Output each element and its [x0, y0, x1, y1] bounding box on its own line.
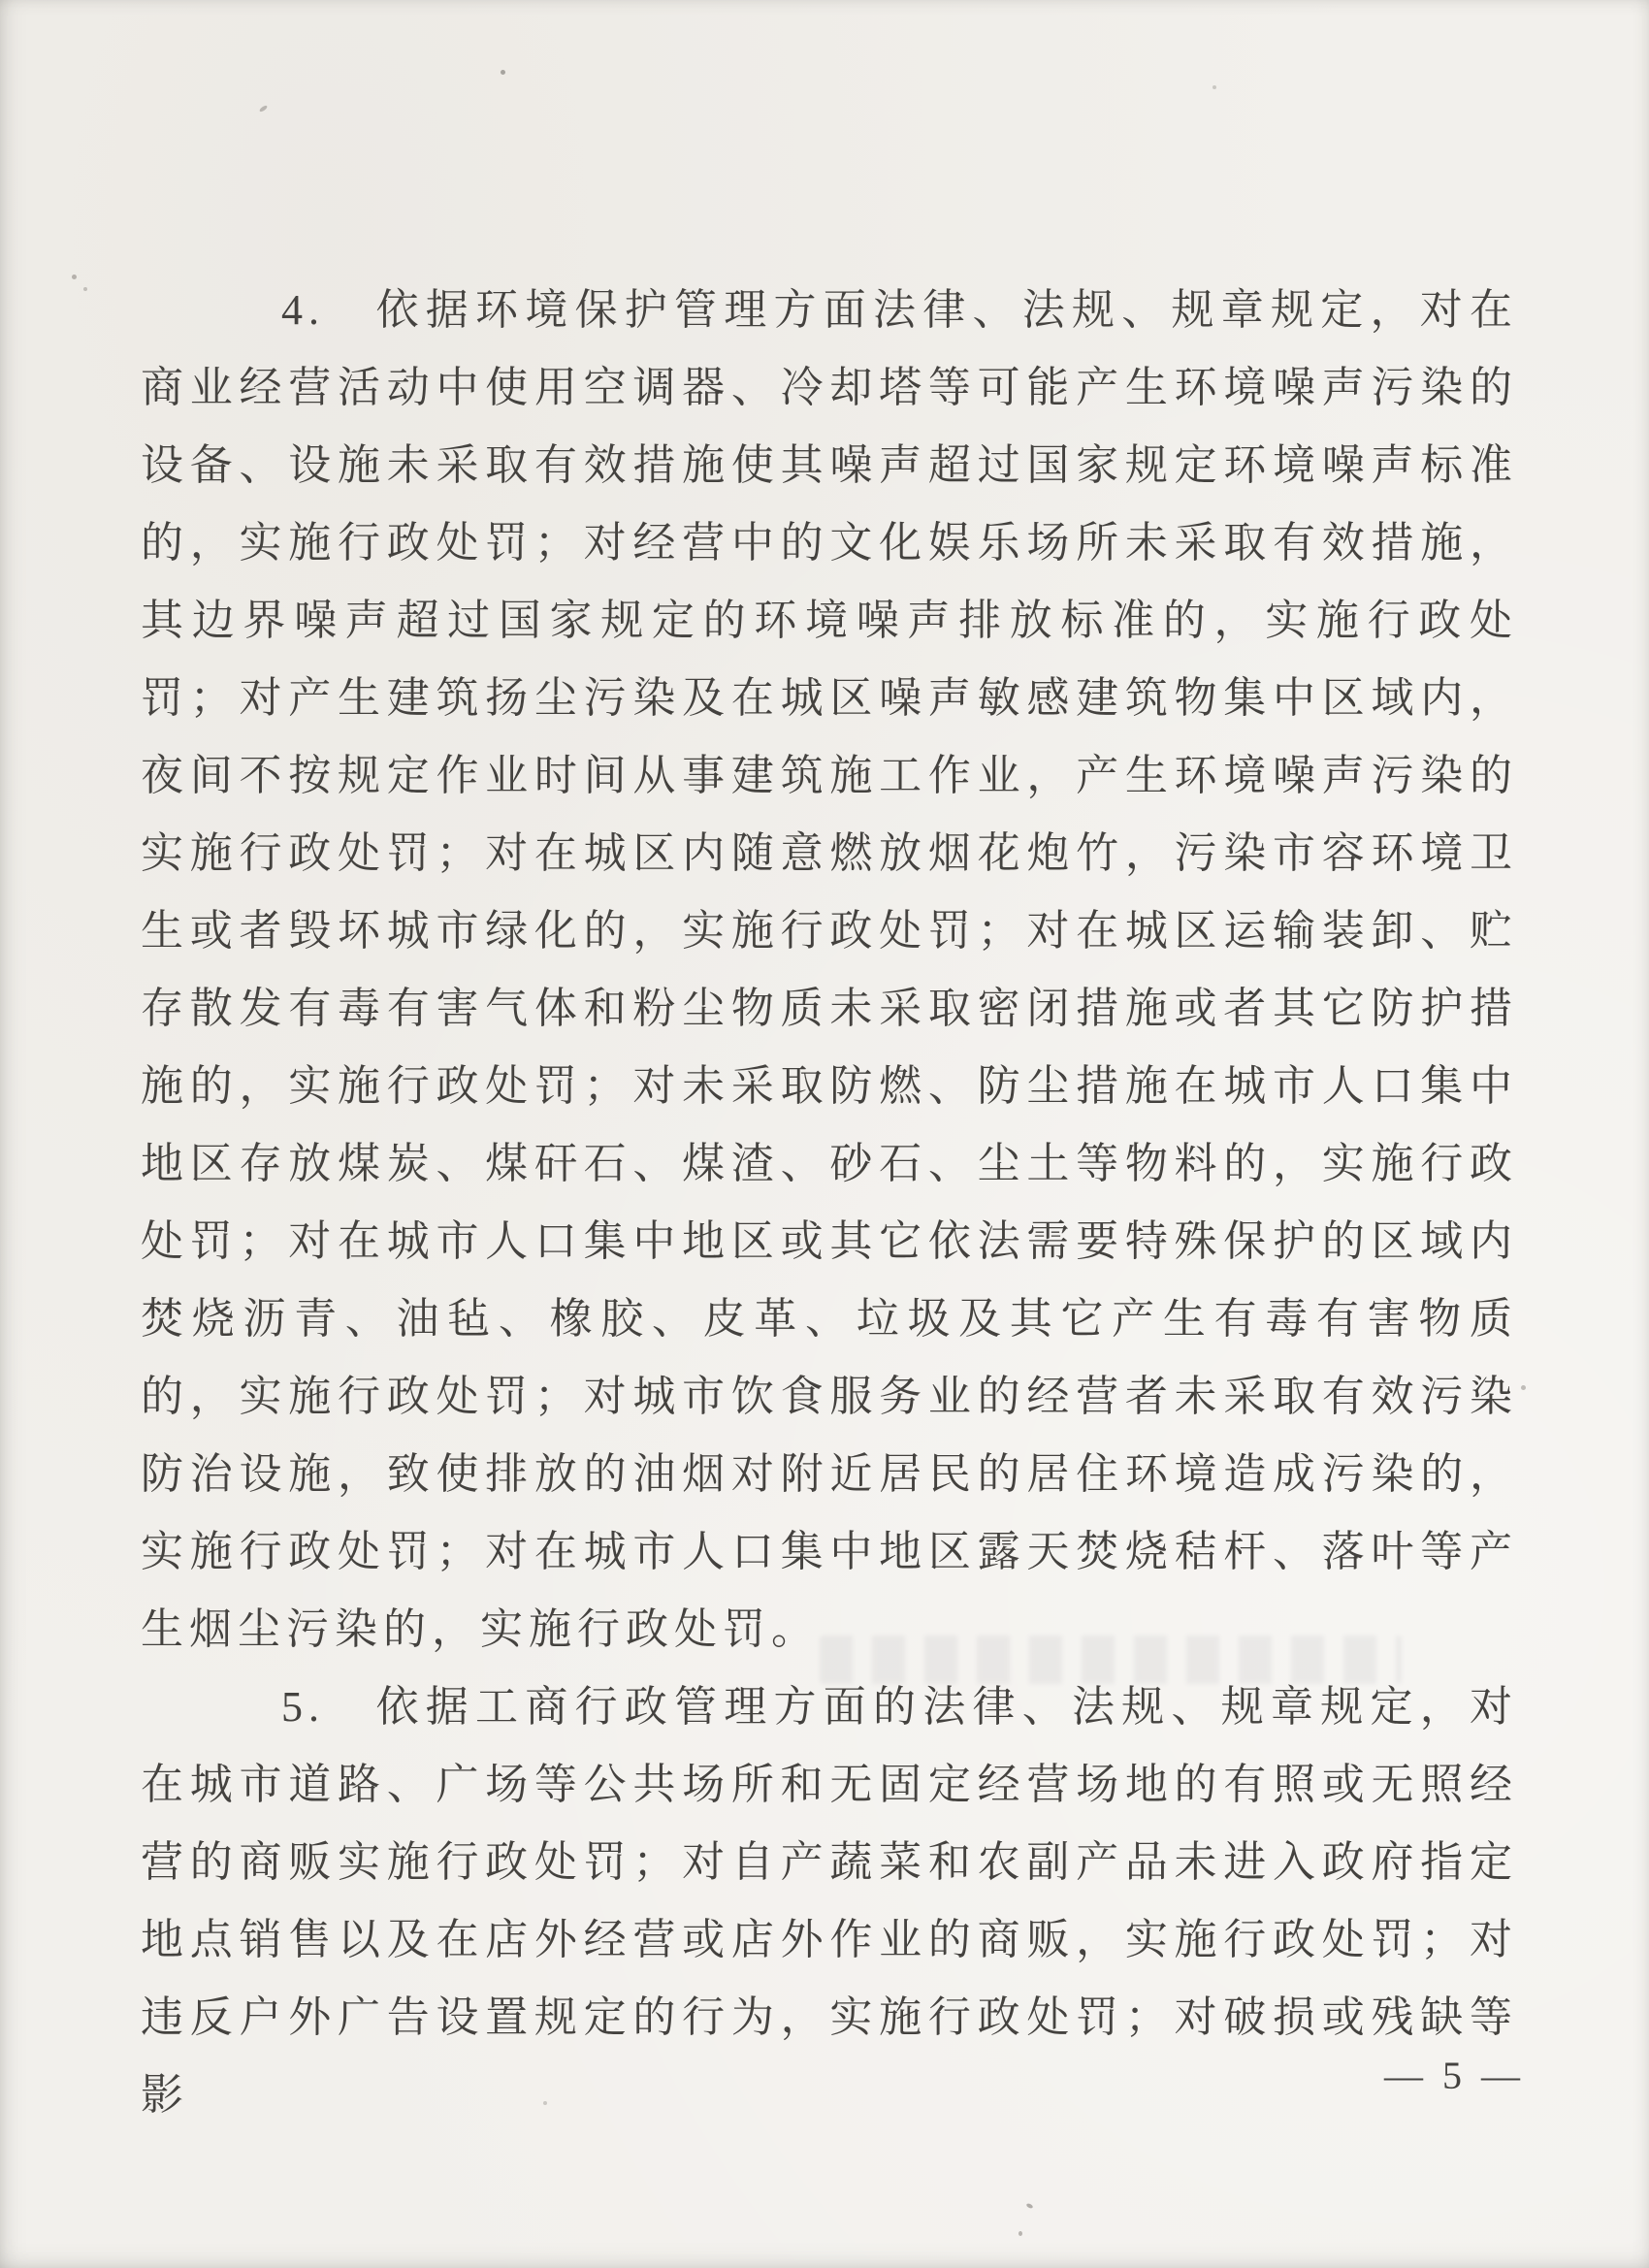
scan-speck	[543, 2101, 547, 2105]
paragraph-item-5: 5. 依据工商行政管理方面的法律、法规、规章规定，对在城市道路、广场等公共场所和…	[141, 1669, 1518, 2134]
scan-speck	[501, 70, 505, 75]
scan-speck	[1521, 1385, 1526, 1390]
scan-speck	[1025, 2203, 1033, 2210]
paragraph-item-4: 4. 依据环境保护管理方面法律、法规、规章规定，对在商业经营活动中使用空调器、冷…	[141, 272, 1518, 1669]
scan-speck	[1018, 2231, 1022, 2236]
scan-speck	[72, 275, 77, 279]
scan-speck	[1212, 85, 1216, 89]
page-number: — 5 —	[1384, 2053, 1525, 2098]
scanned-document-page: 4. 依据环境保护管理方面法律、法规、规章规定，对在商业经营活动中使用空调器、冷…	[0, 0, 1649, 2268]
document-body: 4. 依据环境保护管理方面法律、法规、规章规定，对在商业经营活动中使用空调器、冷…	[141, 272, 1518, 2134]
scan-speck	[83, 287, 87, 291]
scan-speck	[259, 105, 269, 113]
ink-bleed-through	[820, 1636, 1402, 1684]
